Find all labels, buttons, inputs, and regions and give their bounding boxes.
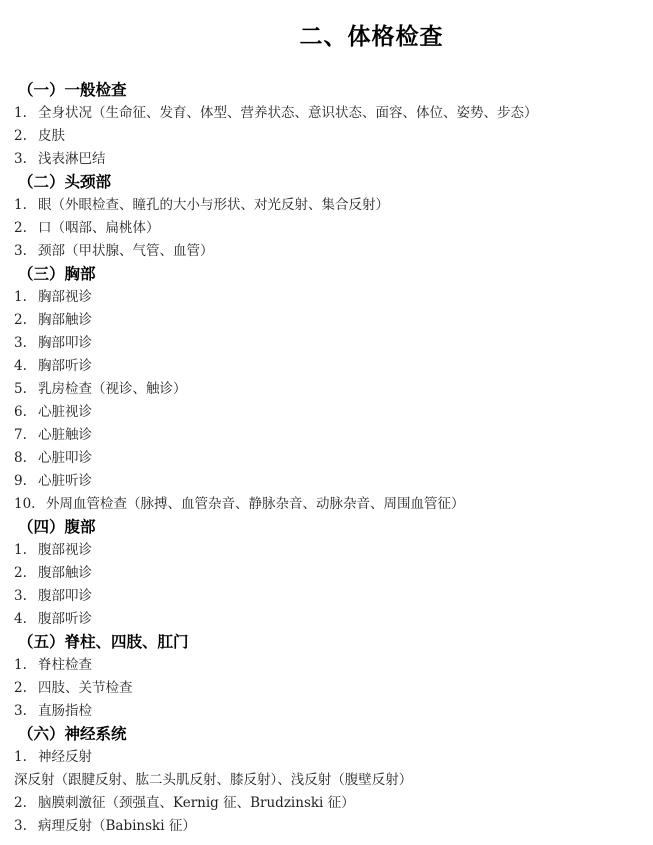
item-number: 1.	[14, 654, 38, 677]
list-item: 1.眼（外眼检查、瞳孔的大小与形状、对光反射、集合反射）	[14, 194, 643, 217]
item-number: 1.	[14, 102, 38, 125]
section-heading: （二）头颈部	[18, 171, 643, 194]
list-item: 2.皮肤	[14, 125, 643, 148]
list-item: 2.口（咽部、扁桃体）	[14, 217, 643, 240]
item-text: 脊柱检查	[38, 657, 92, 673]
item-text: 外周血管检查（脉搏、血管杂音、静脉杂音、动脉杂音、周围血管征）	[46, 496, 465, 512]
item-text: 心脏听诊	[38, 473, 92, 489]
item-number: 3.	[14, 240, 38, 263]
list-item: 8.心脏叩诊	[14, 447, 643, 470]
list-item: 2.四肢、关节检查	[14, 677, 643, 700]
section-head-neck: （二）头颈部 1.眼（外眼检查、瞳孔的大小与形状、对光反射、集合反射） 2.口（…	[14, 171, 643, 263]
item-text: 腹部叩诊	[38, 588, 92, 604]
list-item: 6.心脏视诊	[14, 401, 643, 424]
item-number: 2.	[14, 217, 38, 240]
page-title: 二、体格检查	[0, 22, 653, 52]
list-item: 3.浅表淋巴结	[14, 148, 643, 171]
item-number: 2.	[14, 562, 38, 585]
list-item: 4.腹部听诊	[14, 608, 643, 631]
list-item-detail: 深反射（跟腱反射、肱二头肌反射、膝反射）、浅反射（腹壁反射）	[14, 769, 643, 792]
item-text: 腹部听诊	[38, 611, 92, 627]
item-text: 眼（外眼检查、瞳孔的大小与形状、对光反射、集合反射）	[38, 197, 389, 213]
item-text: 浅表淋巴结	[38, 151, 106, 167]
list-item: 1.全身状况（生命征、发育、体型、营养状态、意识状态、面容、体位、姿势、步态）	[14, 102, 643, 125]
section-general-exam: （一）一般检查 1.全身状况（生命征、发育、体型、营养状态、意识状态、面容、体位…	[14, 79, 643, 171]
list-item: 1.神经反射	[14, 746, 643, 769]
section-heading: （五）脊柱、四肢、肛门	[18, 631, 643, 654]
item-text: 胸部听诊	[38, 358, 92, 374]
item-number: 3.	[14, 332, 38, 355]
section-heading: （六）神经系统	[18, 723, 643, 746]
item-number: 3.	[14, 585, 38, 608]
list-item: 3.颈部（甲状腺、气管、血管）	[14, 240, 643, 263]
list-item: 3.病理反射（Babinski 征）	[14, 815, 643, 838]
item-text: 全身状况（生命征、发育、体型、营养状态、意识状态、面容、体位、姿势、步态）	[38, 105, 538, 121]
item-text: 心脏视诊	[38, 404, 92, 420]
list-item: 10.外周血管检查（脉搏、血管杂音、静脉杂音、动脉杂音、周围血管征）	[14, 493, 643, 516]
section-heading: （一）一般检查	[18, 79, 643, 102]
item-number: 1.	[14, 746, 38, 769]
item-text: 四肢、关节检查	[38, 680, 133, 696]
list-item: 3.腹部叩诊	[14, 585, 643, 608]
list-item: 9.心脏听诊	[14, 470, 643, 493]
section-abdomen: （四）腹部 1.腹部视诊 2.腹部触诊 3.腹部叩诊 4.腹部听诊	[14, 516, 643, 631]
item-text: 胸部叩诊	[38, 335, 92, 351]
item-number: 8.	[14, 447, 38, 470]
item-text: 病理反射（Babinski 征）	[38, 818, 196, 834]
item-number: 2.	[14, 677, 38, 700]
item-number: 2.	[14, 309, 38, 332]
item-text: 口（咽部、扁桃体）	[38, 220, 160, 236]
item-number: 3.	[14, 815, 38, 838]
item-number: 2.	[14, 792, 38, 815]
document-page: 二、体格检查 （一）一般检查 1.全身状况（生命征、发育、体型、营养状态、意识状…	[0, 0, 653, 845]
item-number: 1.	[14, 286, 38, 309]
list-item: 4.胸部听诊	[14, 355, 643, 378]
list-item: 1.胸部视诊	[14, 286, 643, 309]
list-item: 1.腹部视诊	[14, 539, 643, 562]
item-number: 4.	[14, 355, 38, 378]
item-number: 9.	[14, 470, 38, 493]
item-number: 3.	[14, 700, 38, 723]
list-item: 2.脑膜刺激征（颈强直、Kernig 征、Brudzinski 征）	[14, 792, 643, 815]
item-number: 4.	[14, 608, 38, 631]
section-chest: （三）胸部 1.胸部视诊 2.胸部触诊 3.胸部叩诊 4.胸部听诊 5.乳房检查…	[14, 263, 643, 516]
item-number: 10.	[14, 493, 46, 516]
item-number: 1.	[14, 194, 38, 217]
list-item: 3.胸部叩诊	[14, 332, 643, 355]
list-item: 3.直肠指检	[14, 700, 643, 723]
section-heading: （三）胸部	[18, 263, 643, 286]
item-text: 心脏叩诊	[38, 450, 92, 466]
item-number: 5.	[14, 378, 38, 401]
item-text: 皮肤	[38, 128, 65, 144]
item-text: 心脏触诊	[38, 427, 92, 443]
list-item: 2.胸部触诊	[14, 309, 643, 332]
item-text: 乳房检查（视诊、触诊）	[38, 381, 187, 397]
item-text: 腹部视诊	[38, 542, 92, 558]
list-item: 5.乳房检查（视诊、触诊）	[14, 378, 643, 401]
item-text: 神经反射	[38, 749, 92, 765]
list-item: 2.腹部触诊	[14, 562, 643, 585]
section-nervous-system: （六）神经系统 1.神经反射 深反射（跟腱反射、肱二头肌反射、膝反射）、浅反射（…	[14, 723, 643, 838]
item-text: 腹部触诊	[38, 565, 92, 581]
item-text: 胸部视诊	[38, 289, 92, 305]
item-text: 颈部（甲状腺、气管、血管）	[38, 243, 214, 259]
section-spine-limbs-anus: （五）脊柱、四肢、肛门 1.脊柱检查 2.四肢、关节检查 3.直肠指检	[14, 631, 643, 723]
item-number: 1.	[14, 539, 38, 562]
item-text: 脑膜刺激征（颈强直、Kernig 征、Brudzinski 征）	[38, 795, 355, 811]
item-text: 胸部触诊	[38, 312, 92, 328]
item-number: 7.	[14, 424, 38, 447]
list-item: 1.脊柱检查	[14, 654, 643, 677]
list-item: 7.心脏触诊	[14, 424, 643, 447]
item-number: 3.	[14, 148, 38, 171]
item-number: 6.	[14, 401, 38, 424]
section-heading: （四）腹部	[18, 516, 643, 539]
item-text: 深反射（跟腱反射、肱二头肌反射、膝反射）、浅反射（腹壁反射）	[14, 772, 412, 788]
item-number: 2.	[14, 125, 38, 148]
document-body: （一）一般检查 1.全身状况（生命征、发育、体型、营养状态、意识状态、面容、体位…	[14, 79, 643, 838]
item-text: 直肠指检	[38, 703, 92, 719]
